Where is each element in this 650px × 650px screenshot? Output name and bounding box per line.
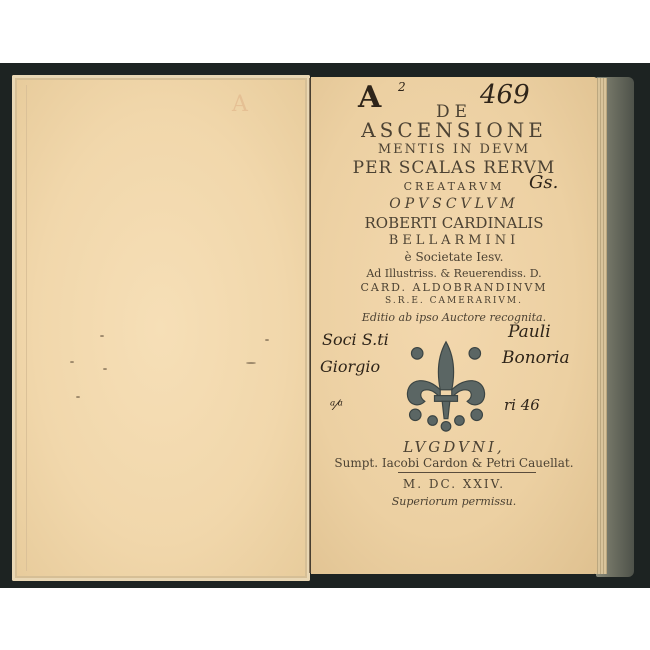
title-line-ad-illustriss: Ad Illustriss. & Reuerendiss. D. bbox=[311, 267, 597, 280]
imprint-permission: Superiorum permissu. bbox=[311, 495, 597, 508]
imprint-year: M. DC. XXIV. bbox=[311, 477, 597, 491]
imprint-rule bbox=[398, 472, 536, 473]
title-line-societate: è Societate Iesv. bbox=[311, 250, 597, 264]
title-line-ascensione: ASCENSIONE bbox=[311, 118, 597, 142]
title-line-editio: Editio ab ipso Auctore recognita. bbox=[311, 311, 597, 324]
foxing-spot bbox=[76, 396, 80, 398]
title-line-roberti: ROBERTI CARDINALIS bbox=[311, 214, 597, 232]
faint-offset-mark: A bbox=[232, 92, 248, 117]
handwritten-note-right-2: Bonoria bbox=[502, 348, 570, 368]
handwritten-note-right-1: Pauli bbox=[508, 322, 551, 342]
left-endpaper bbox=[12, 75, 310, 581]
title-line-card-aldobrandinum: CARD. ALDOBRANDINVM bbox=[311, 281, 597, 294]
foxing-spot bbox=[103, 368, 107, 370]
title-line-opusculum: OPVSCVLVM bbox=[311, 196, 597, 212]
title-line-mentis: MENTIS IN DEVM bbox=[311, 142, 597, 157]
foxing-spot bbox=[246, 362, 256, 364]
foxing-spot bbox=[70, 361, 74, 363]
handwritten-shelfmark-number: 469 bbox=[480, 80, 530, 110]
handwritten-note-bottom-left: ᵃ⁄ᵃ bbox=[330, 398, 343, 414]
handwritten-shelfmark-letter: A bbox=[358, 80, 381, 115]
fleur-de-lis-icon bbox=[398, 338, 494, 434]
imprint-publisher: Sumpt. Iacobi Cardon & Petri Cauellat. bbox=[311, 456, 597, 470]
endpaper-fold-line bbox=[26, 85, 302, 571]
handwritten-shelfmark-sup: 2 bbox=[398, 80, 406, 94]
foxing-spot bbox=[265, 339, 269, 341]
foxing-spot bbox=[100, 335, 104, 337]
handwritten-note-left-1: Soci S.ti bbox=[322, 330, 389, 349]
handwritten-initials: Gs. bbox=[529, 172, 558, 193]
title-line-sre-camerarium: S.R.E. CAMERARIVM. bbox=[311, 296, 597, 306]
title-line-bellarmini: BELLARMINI bbox=[311, 233, 597, 248]
handwritten-note-bottom-right: ri 46 bbox=[504, 396, 540, 414]
handwritten-note-left-2: Giorgio bbox=[320, 357, 380, 376]
imprint-city: LVGDVNI, bbox=[311, 438, 597, 456]
